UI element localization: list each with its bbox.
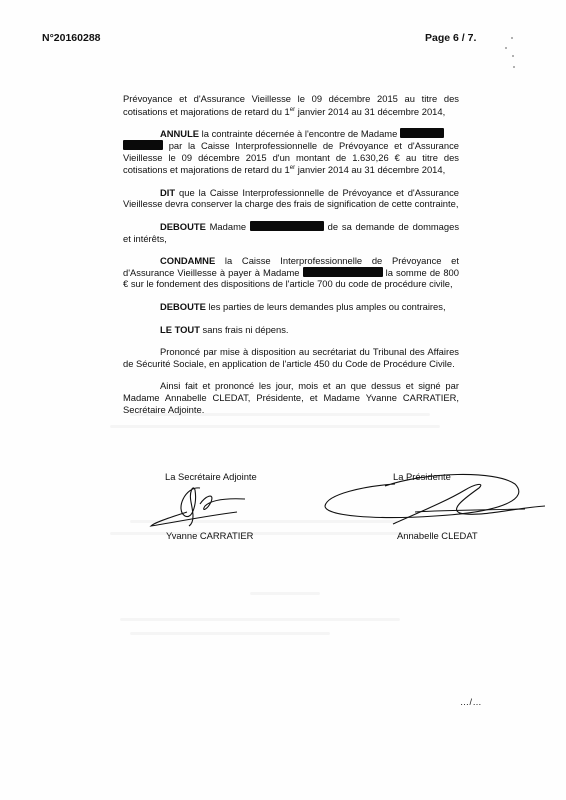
- paragraph-condamne: CONDAMNE la Caisse Interprofessionnelle …: [123, 255, 459, 290]
- page-indicator: Page 6 / 7.: [425, 32, 476, 44]
- scan-specks: [505, 35, 525, 75]
- president-signature-icon: [315, 468, 555, 530]
- scan-show-through: [250, 592, 320, 595]
- secretary-signature-icon: [145, 482, 265, 530]
- ruling-keyword: ANNULE: [160, 128, 199, 139]
- case-number: N°20160288: [42, 32, 101, 44]
- scan-show-through: [130, 632, 330, 635]
- judgment-body: Prévoyance et d'Assurance Vieillesse le …: [123, 93, 459, 426]
- ruling-keyword: LE TOUT: [160, 324, 200, 335]
- paragraph-le-tout: LE TOUT sans frais ni dépens.: [123, 324, 459, 336]
- scan-show-through: [110, 532, 420, 535]
- continuation-mark: …/…: [460, 697, 482, 707]
- paragraph-deboute-parties: DEBOUTE les parties de leurs demandes pl…: [123, 301, 459, 313]
- redaction-block: [400, 128, 444, 138]
- paragraph-continuation: Prévoyance et d'Assurance Vieillesse le …: [123, 93, 459, 117]
- ruling-keyword: DIT: [160, 187, 175, 198]
- ruling-keyword: DEBOUTE: [160, 221, 206, 232]
- paragraph-ainsi-fait: Ainsi fait et prononcé les jour, mois et…: [123, 380, 459, 415]
- redaction-block: [250, 221, 324, 231]
- scan-show-through: [120, 618, 400, 621]
- ruling-keyword: DEBOUTE: [160, 301, 206, 312]
- secretary-name: Yvanne CARRATIER: [166, 530, 253, 541]
- ruling-keyword: CONDAMNE: [160, 255, 215, 266]
- secretary-title: La Secrétaire Adjointe: [165, 471, 257, 482]
- president-name: Annabelle CLEDAT: [397, 530, 478, 541]
- document-page: N°20160288 Page 6 / 7. Prévoyance et d'A…: [0, 0, 566, 800]
- redaction-block: [303, 267, 383, 277]
- paragraph-deboute-madame: DEBOUTE Madame de sa demande de dommages…: [123, 221, 459, 244]
- paragraph-prononce: Prononcé par mise à disposition au secré…: [123, 346, 459, 369]
- paragraph-annule: ANNULE la contrainte décernée à l'encont…: [123, 128, 459, 176]
- paragraph-dit: DIT que la Caisse Interprofessionnelle d…: [123, 187, 459, 210]
- redaction-block: [123, 140, 163, 150]
